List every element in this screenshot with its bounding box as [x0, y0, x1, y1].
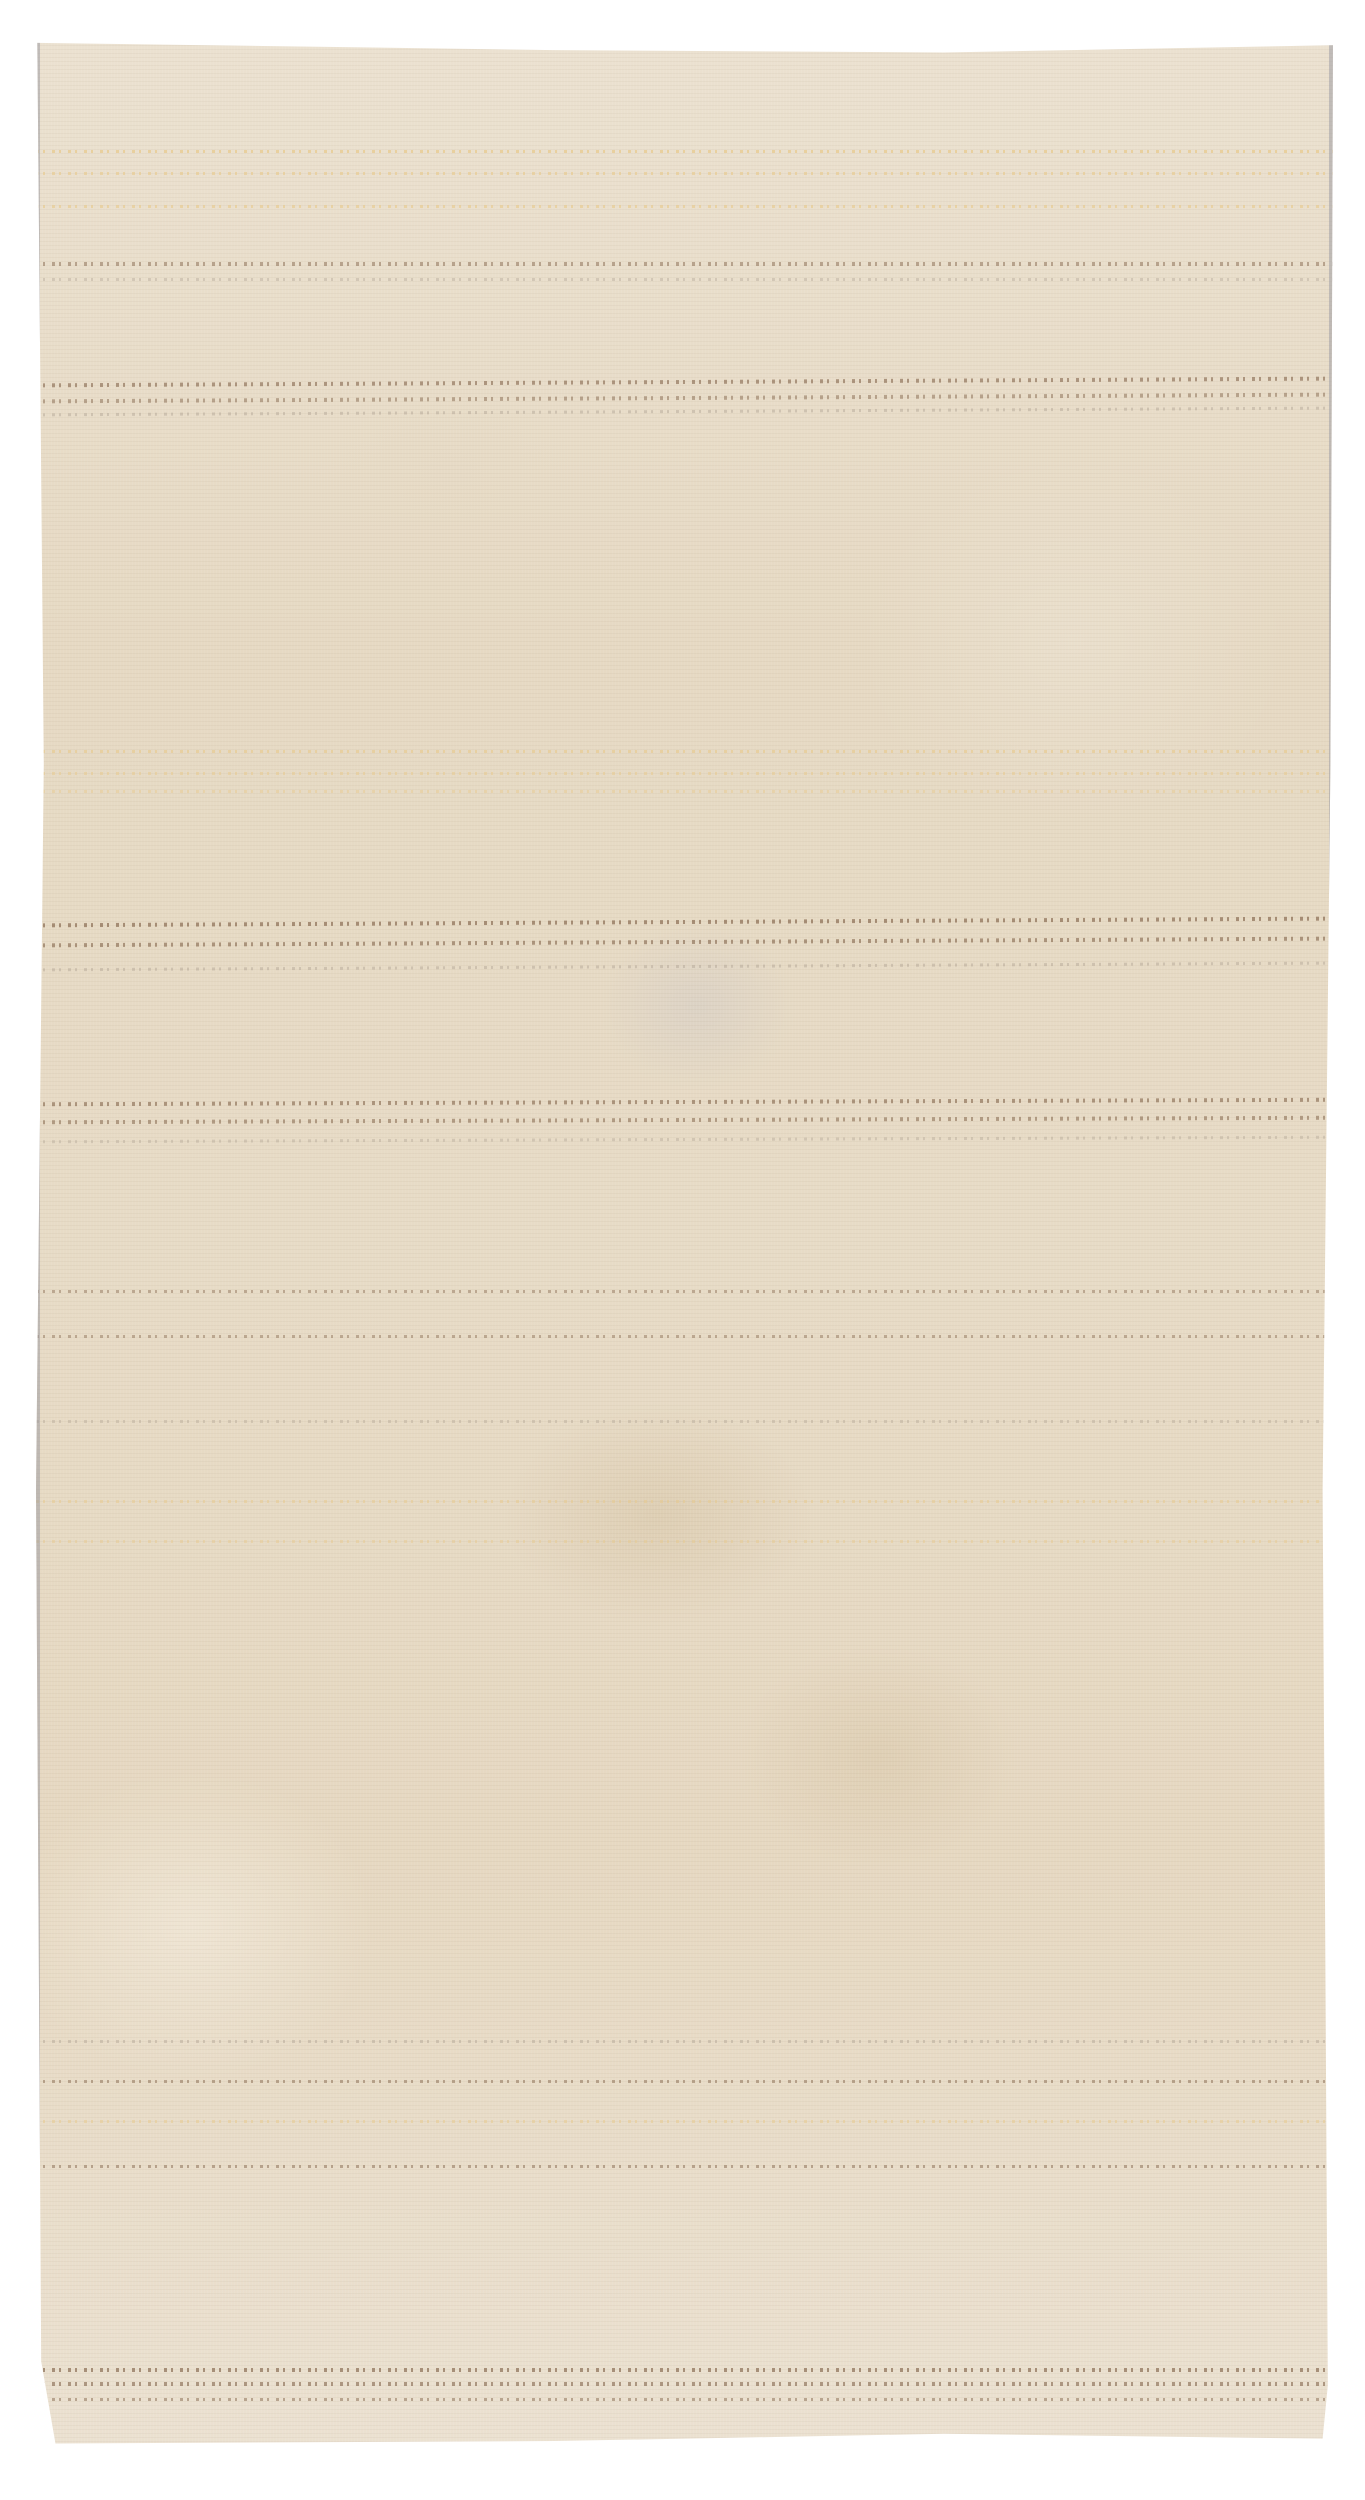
stripe-band	[36, 278, 1333, 281]
stripe-band	[36, 772, 1333, 775]
stripe-band	[36, 2398, 1333, 2401]
rug	[36, 38, 1333, 2458]
stripe-band	[36, 205, 1333, 208]
stripe-band	[36, 1290, 1333, 1293]
stripe-band	[36, 2382, 1333, 2386]
stripe-band	[36, 1540, 1333, 1543]
stripe-band	[36, 150, 1333, 153]
stripe-band	[36, 2080, 1333, 2083]
stripe-band	[36, 262, 1333, 266]
stripe-band	[36, 2120, 1333, 2123]
stripe-band	[36, 1335, 1333, 1338]
stripe-band	[36, 2368, 1333, 2372]
stripe-band	[36, 790, 1333, 793]
stripe-band	[36, 2165, 1333, 2168]
stripe-band	[36, 172, 1333, 175]
stripe-band	[36, 1420, 1333, 1423]
left-selvedge	[36, 38, 40, 2458]
stripe-band	[36, 750, 1333, 753]
stripe-band	[36, 2040, 1333, 2043]
right-selvedge	[1329, 38, 1333, 2458]
stripe-band	[36, 1500, 1333, 1503]
